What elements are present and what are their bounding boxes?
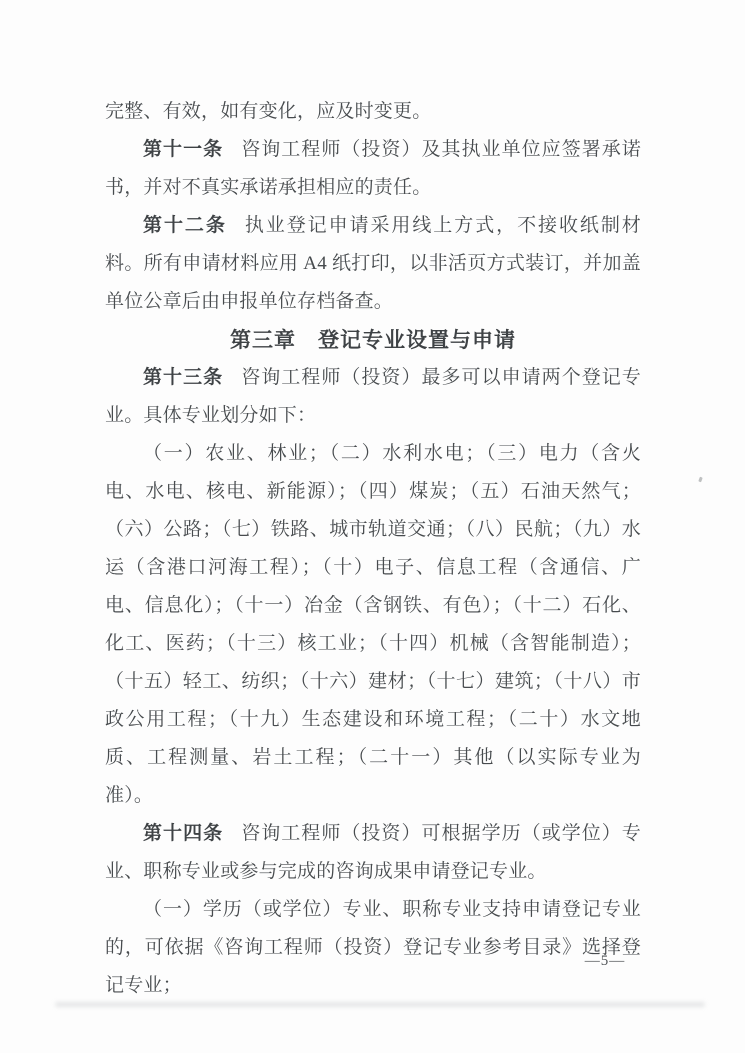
- paragraph-text: （一）农业、林业；（二）水利水电；（三）电力（含火电、水电、核电、新能源）；（四…: [105, 443, 641, 806]
- paragraph-article-12: 第十二条执业登记申请采用线上方式，不接收纸制材料。所有申请材料应用 A4 纸打印…: [105, 207, 641, 321]
- paragraph-article-11: 第十一条咨询工程师（投资）及其执业单位应签署承诺书，并对不真实承诺承担相应的责任…: [105, 131, 641, 207]
- paragraph-article-13: 第十三条咨询工程师（投资）最多可以申请两个登记专业。具体专业划分如下：: [105, 359, 641, 435]
- document-body: 完整、有效，如有变化，应及时变更。 第十一条咨询工程师（投资）及其执业单位应签署…: [105, 93, 641, 1005]
- article-14-number: 第十四条: [143, 823, 223, 844]
- article-11-number: 第十一条: [143, 139, 223, 160]
- paragraph-specialty-list: （一）农业、林业；（二）水利水电；（三）电力（含火电、水电、核电、新能源）；（四…: [105, 435, 641, 815]
- paragraph-continuation: 完整、有效，如有变化，应及时变更。: [105, 93, 641, 131]
- article-13-number: 第十三条: [143, 367, 223, 388]
- page-number: —5—: [560, 953, 650, 970]
- scan-smudge-artifact: [55, 1002, 705, 1007]
- paragraph-item-1: （一）学历（或学位）专业、职称专业支持申请登记专业的，可依据《咨询工程师（投资）…: [105, 891, 641, 1005]
- document-page: 完整、有效，如有变化，应及时变更。 第十一条咨询工程师（投资）及其执业单位应签署…: [0, 0, 745, 1053]
- article-12-number: 第十二条: [143, 215, 227, 236]
- scan-speck-artifact: [698, 477, 703, 483]
- paragraph-text: （一）学历（或学位）专业、职称专业支持申请登记专业的，可依据《咨询工程师（投资）…: [105, 899, 641, 996]
- paragraph-article-14: 第十四条咨询工程师（投资）可根据学历（或学位）专业、职称专业或参与完成的咨询成果…: [105, 815, 641, 891]
- paragraph-text: 完整、有效，如有变化，应及时变更。: [105, 101, 431, 122]
- chapter-heading: 第三章 登记专业设置与申请: [105, 321, 641, 359]
